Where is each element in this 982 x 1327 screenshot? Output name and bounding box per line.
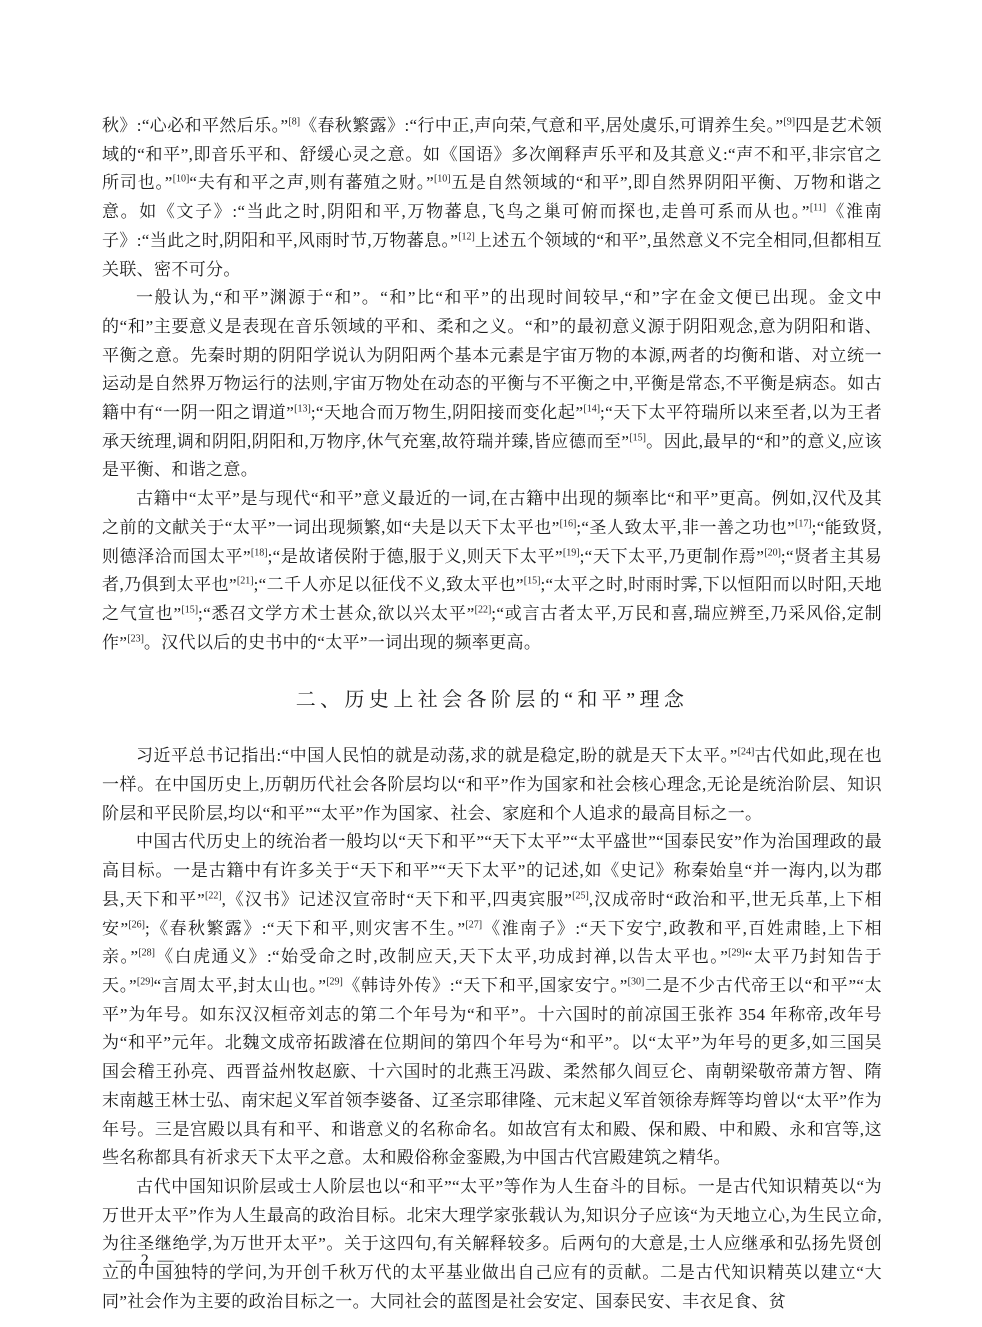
citation-ref: [21] bbox=[237, 576, 254, 587]
citation-ref: [29] bbox=[137, 976, 154, 987]
citation-ref: [15] bbox=[524, 576, 541, 587]
citation-ref: [12] bbox=[458, 231, 475, 242]
citation-ref: [28] bbox=[138, 948, 155, 959]
citation-ref: [10] bbox=[434, 174, 451, 185]
citation-ref: [10] bbox=[173, 174, 190, 185]
citation-ref: [11] bbox=[810, 202, 826, 213]
section-heading: 二、历史上社会各阶层的“和平”理念 bbox=[102, 683, 882, 712]
citation-ref: [13] bbox=[294, 403, 311, 414]
citation-ref: [20] bbox=[764, 547, 781, 558]
citation-ref: [17] bbox=[795, 518, 812, 529]
citation-ref: [9] bbox=[783, 116, 795, 127]
citation-ref: [22] bbox=[475, 604, 492, 615]
body-paragraph: 秋》:“心必和平然后乐。”[8]《春秋繁露》:“行中正,声向荣,气意和平,居处虞… bbox=[102, 112, 882, 284]
citation-ref: [24] bbox=[738, 747, 755, 758]
citation-ref: [15] bbox=[629, 432, 646, 443]
citation-ref: [22] bbox=[205, 890, 222, 901]
citation-ref: [19] bbox=[563, 547, 580, 558]
citation-ref: [26] bbox=[128, 919, 145, 930]
body-paragraph: 一般认为,“和平”渊源于“和”。“和”比“和平”的出现时间较早,“和”字在金文便… bbox=[102, 284, 882, 485]
citation-ref: [18] bbox=[251, 547, 268, 558]
citation-ref: [25] bbox=[572, 890, 589, 901]
citation-ref: [29] bbox=[728, 948, 745, 959]
citation-ref: [27] bbox=[465, 919, 482, 930]
citation-ref: [30] bbox=[628, 976, 645, 987]
citation-ref: [14] bbox=[583, 403, 600, 414]
body-paragraph: 中国古代历史上的统治者一般均以“天下和平”“天下太平”“太平盛世”“国泰民安”作… bbox=[102, 828, 882, 1172]
document-page: 秋》:“心必和平然后乐。”[8]《春秋繁露》:“行中正,声向荣,气意和平,居处虞… bbox=[0, 0, 982, 1327]
page-number: — 2 — bbox=[116, 1252, 176, 1270]
body-paragraph: 习近平总书记指出:“中国人民怕的就是动荡,求的就是稳定,盼的就是天下太平。”[2… bbox=[102, 742, 882, 828]
citation-ref: [8] bbox=[288, 116, 300, 127]
citation-ref: [15] bbox=[181, 604, 198, 615]
citation-ref: [23] bbox=[127, 633, 144, 644]
citation-ref: [29] bbox=[326, 976, 343, 987]
text-block: 秋》:“心必和平然后乐。”[8]《春秋繁露》:“行中正,声向荣,气意和平,居处虞… bbox=[102, 112, 882, 1316]
body-paragraph: 古籍中“太平”是与现代“和平”意义最近的一词,在古籍中出现的频率比“和平”更高。… bbox=[102, 485, 882, 657]
citation-ref: [16] bbox=[560, 518, 577, 529]
body-paragraph: 古代中国知识阶层或士人阶层也以“和平”“太平”等作为人生奋斗的目标。一是古代知识… bbox=[102, 1173, 882, 1317]
